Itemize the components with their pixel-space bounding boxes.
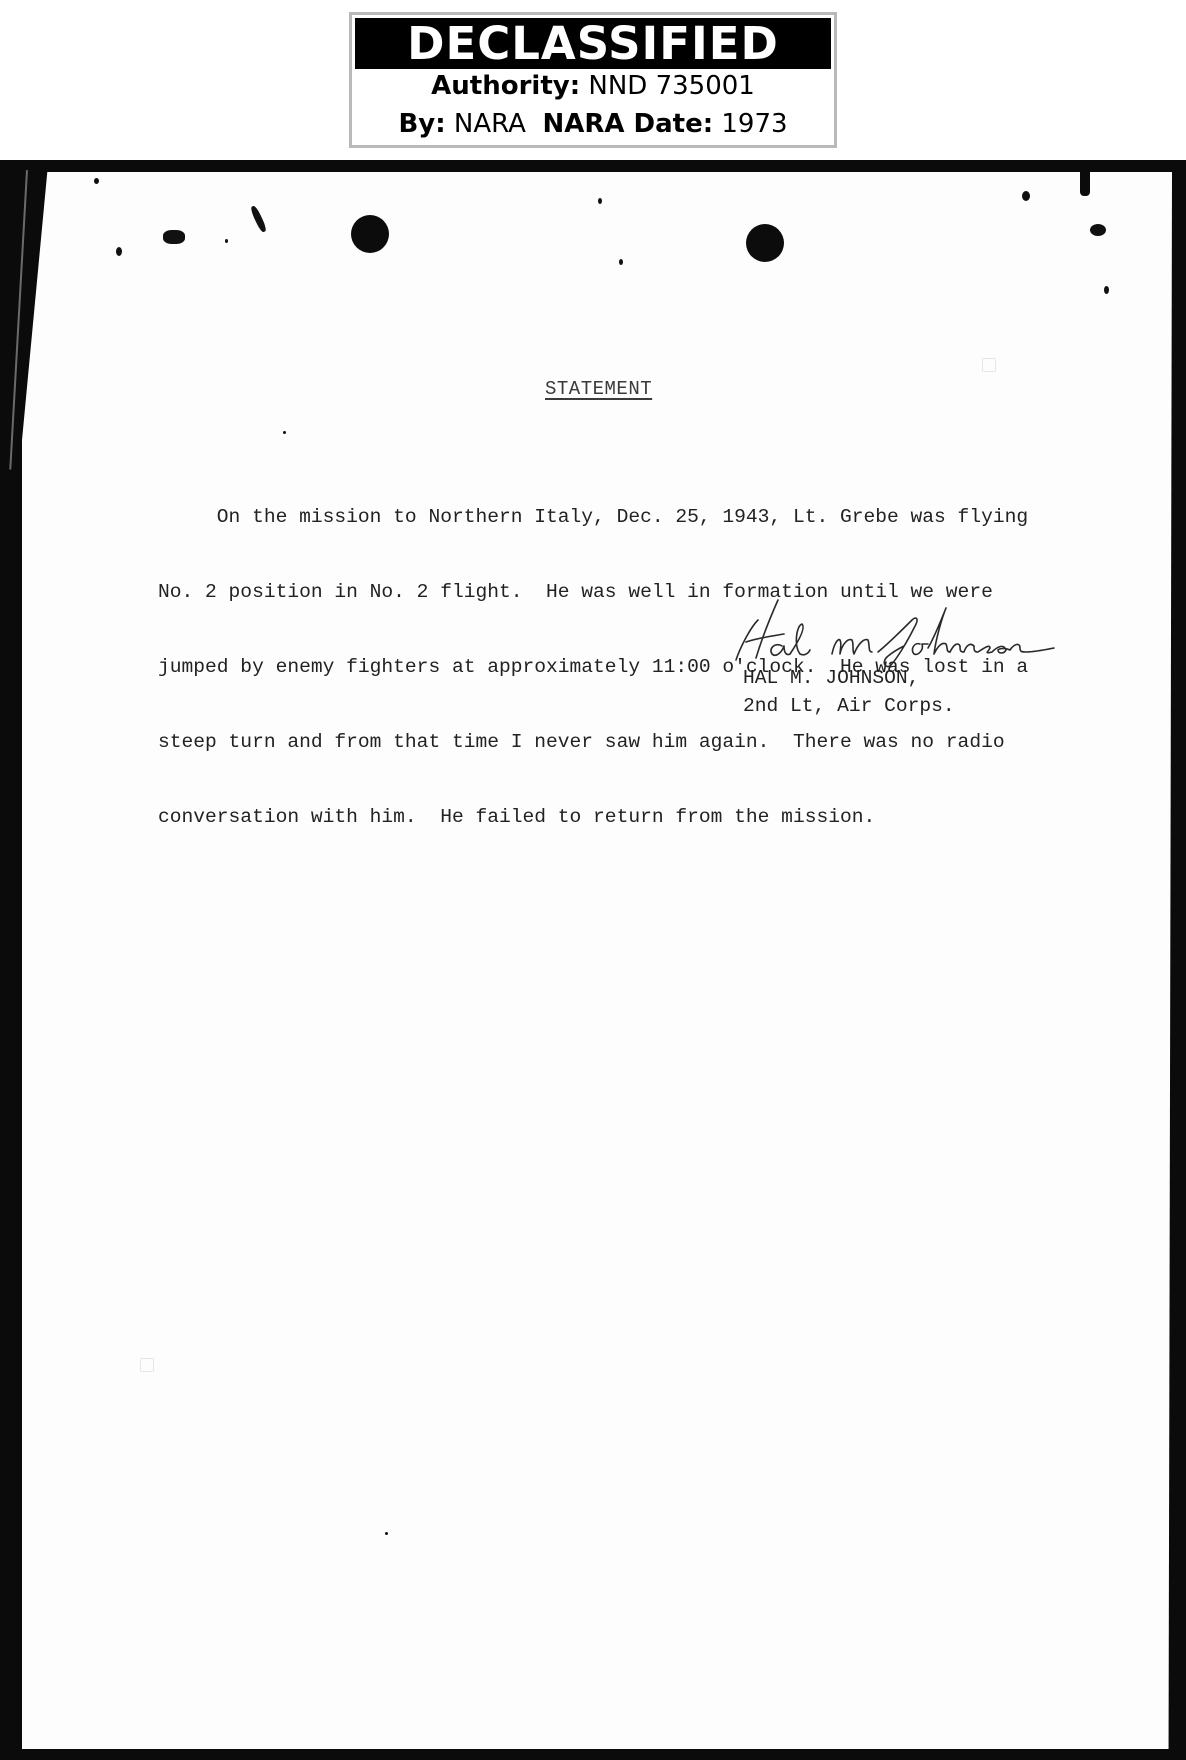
date-value: 1973: [721, 109, 787, 139]
signatory-name: HAL M. JOHNSON,: [743, 664, 919, 692]
by-label: By:: [398, 109, 445, 139]
speck: [619, 259, 623, 265]
speck: [283, 431, 286, 434]
speck: [116, 247, 122, 256]
speck: [598, 198, 602, 204]
hole-punch: [746, 224, 784, 262]
by-value: NARA: [454, 109, 526, 139]
speck: [225, 239, 228, 243]
declassified-stamp: DECLASSIFIED Authority: NND 735001 By: N…: [349, 12, 837, 148]
body-line: steep turn and from that time I never sa…: [158, 730, 1028, 755]
speck: [385, 1532, 388, 1535]
signatory-rank: 2nd Lt, Air Corps.: [743, 692, 955, 720]
stamp-by-line: By: NARA NARA Date: 1973: [352, 109, 834, 139]
scanned-page-border: [0, 160, 1186, 1760]
speck: [1090, 224, 1106, 236]
speck: [94, 178, 99, 184]
faint-mark: [140, 1358, 154, 1372]
speck: [163, 230, 185, 244]
speck: [1104, 286, 1109, 294]
paper-sheet: [22, 172, 1172, 1749]
stamp-authority-line: Authority: NND 735001: [352, 71, 834, 101]
scan-artifact: [1080, 160, 1090, 196]
faint-mark: [982, 358, 996, 372]
body-line: On the mission to Northern Italy, Dec. 2…: [158, 505, 1028, 530]
speck: [1022, 191, 1030, 201]
authority-label: Authority:: [431, 71, 580, 101]
hole-punch: [351, 215, 389, 253]
authority-value: NND 735001: [588, 71, 754, 101]
body-line: conversation with him. He failed to retu…: [158, 805, 1028, 830]
document-title: STATEMENT: [545, 378, 652, 400]
handwritten-signature: [728, 598, 1058, 668]
date-label: NARA Date:: [542, 109, 713, 139]
stamp-heading: DECLASSIFIED: [355, 18, 831, 69]
